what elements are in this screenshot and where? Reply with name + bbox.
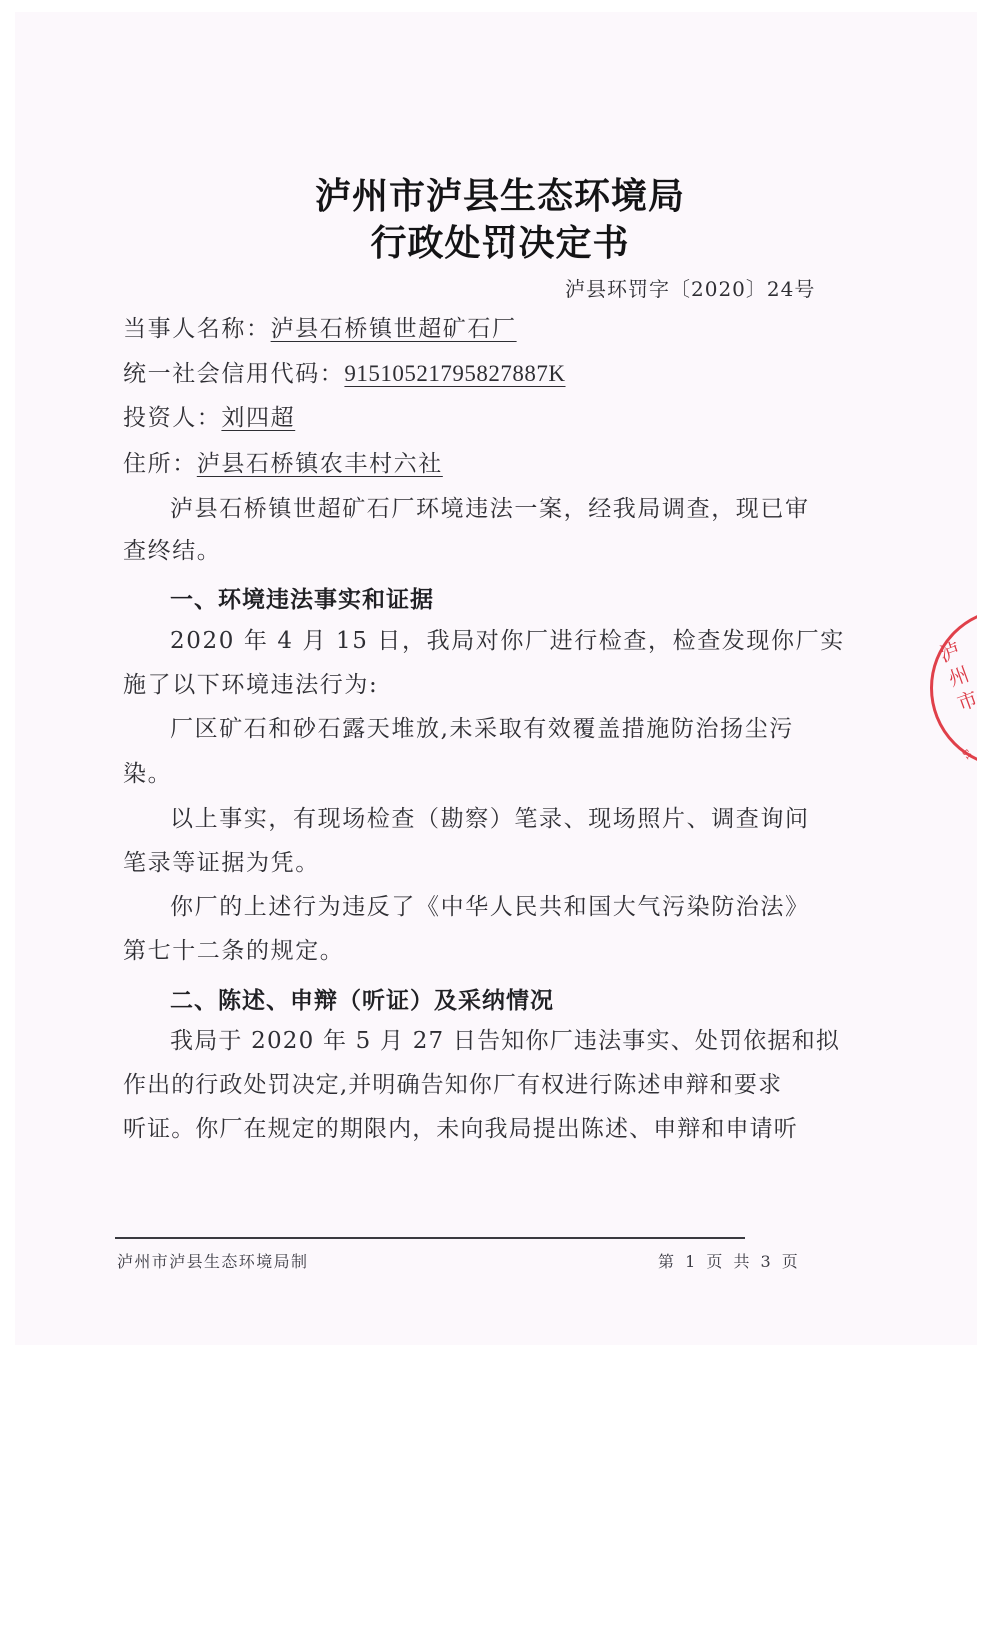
section1-p4-line2: 第七十二条的规定。 <box>123 936 344 966</box>
credit-code-row: 统一社会信用代码：91510521795827887K <box>123 359 574 389</box>
section1-p2-line1: 厂区矿石和砂石露天堆放,未采取有效覆盖措施防治扬尘污 <box>170 714 794 744</box>
footer-divider <box>115 1237 745 1239</box>
section1-p2-line2: 染。 <box>123 759 172 789</box>
document-title-line2: 行政处罚决定书 <box>0 215 1000 266</box>
section1-p4-line1: 你厂的上述行为违反了《中华人民共和国大气污染防治法》 <box>170 892 810 922</box>
section2-heading: 二、陈述、申辩（听证）及采纳情况 <box>170 982 554 1015</box>
section1-p3-line2: 笔录等证据为凭。 <box>123 848 320 878</box>
party-name-value: 泸县石桥镇世超矿石厂 <box>271 316 517 342</box>
credit-code-value: 91510521795827887K <box>344 361 573 386</box>
credit-code-label: 统一社会信用代码： <box>123 361 344 387</box>
section1-p1-line2: 施了以下环境违法行为: <box>123 670 378 700</box>
investor-label: 投资人： <box>123 405 221 431</box>
section2-p1-line1: 我局于 2020 年 5 月 27 日告知你厂违法事实、处罚依据和拟 <box>170 1026 840 1056</box>
intro-line1: 泸县石桥镇世超矿石厂环境违法一案，经我局调查，现已审 <box>170 494 810 524</box>
section2-p1-line3: 听证。你厂在规定的期限内，未向我局提出陈述、申辩和申请听 <box>123 1114 798 1144</box>
section1-heading: 一、环境违法事实和证据 <box>170 581 434 614</box>
section1-p1-line1: 2020 年 4 月 15 日，我局对你厂进行检查，检查发现你厂实 <box>170 626 845 656</box>
address-label: 住所： <box>123 451 197 477</box>
party-name-row: 当事人名称：泸县石桥镇世超矿石厂 <box>123 314 517 344</box>
party-name-label: 当事人名称： <box>123 316 271 342</box>
document-number: 泸县环罚字〔2020〕24号 <box>565 274 815 304</box>
address-value: 泸县石桥镇农丰村六社 <box>197 451 443 477</box>
investor-value: 刘四超 <box>221 405 295 431</box>
intro-line2: 查终结。 <box>123 536 221 566</box>
section2-p1-line2: 作出的行政处罚决定,并明确告知你厂有权进行陈述申辩和要求 <box>123 1070 782 1100</box>
section1-p3-line1: 以上事实，有现场检查（勘察）笔录、现场照片、调查询问 <box>170 804 810 834</box>
address-row: 住所：泸县石桥镇农丰村六社 <box>123 449 443 479</box>
investor-row: 投资人：刘四超 <box>123 403 295 433</box>
document-title-line1: 泸州市泸县生态环境局 <box>0 168 1000 219</box>
footer-page-info: 第 1 页 共 3 页 <box>658 1249 801 1272</box>
official-seal: 泸州市 51 <box>920 590 977 790</box>
footer-issuer: 泸州市泸县生态环境局制 <box>117 1249 308 1272</box>
